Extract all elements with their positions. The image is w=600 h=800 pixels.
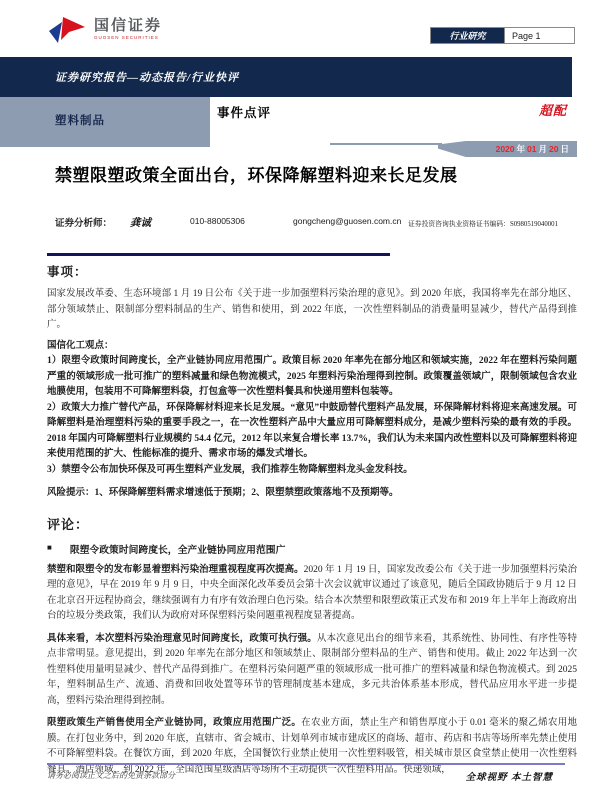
analyst-row: 证券分析师： 龚诚 010-88005306 gongcheng@guosen.… — [0, 215, 600, 231]
bullet-square-icon: ■ — [47, 543, 52, 552]
analyst-label: 证券分析师： — [55, 215, 112, 229]
analyst-phone: 010-88005306 — [190, 216, 245, 226]
rating-badge: 超配 — [539, 100, 567, 119]
report-date: 2020 年 01 月 20 日 — [438, 141, 577, 157]
report-title: 禁塑限塑政策全面出台，环保降解塑料迎来长足发展 — [55, 161, 575, 186]
viewpoint-heading: 国信化工观点： — [47, 339, 577, 355]
guosen-diamond-icon — [48, 14, 88, 46]
viewpoint-point-1: 1）限塑令政策时间跨度长，全产业链协同应用范围广。政策目标 2020 年率先在部… — [47, 354, 577, 401]
analyst-email: gongcheng@guosen.com.cn — [293, 216, 401, 226]
summary-body: 国家发展改革委、生态环境部 1 月 19 日公布《关于进一步加强塑料污染治理的意… — [47, 287, 577, 334]
analyst-name: 龚诚 — [130, 215, 151, 230]
report-series-banner: 证券研究报告—动态报告/行业快评 — [0, 57, 572, 97]
date-year-unit: 年 — [517, 143, 526, 155]
footer-divider — [47, 763, 565, 765]
paragraph-lead: 具体来看，本次塑料污染治理意见时间跨度长，政策可执行强。 — [47, 634, 317, 644]
report-series-label: 证券研究报告—动态报告/行业快评 — [55, 69, 239, 85]
analyst-cert: 证券投资咨询执业资格证书编码：S0980519040001 — [408, 218, 558, 228]
report-type-label: 事件点评 — [217, 103, 271, 121]
comments-bullet-title: 限塑令政策时间跨度长，全产业链协同应用范围广 — [70, 542, 286, 556]
brand-name: 国信证券 — [94, 18, 162, 35]
category-page-badge: 行业研究 Page 1 — [430, 27, 575, 44]
footer-disclaimer: 请务必阅读正文之后的免责条款部分 — [47, 770, 175, 781]
summary-divider — [47, 253, 390, 256]
date-month: 01 — [527, 144, 536, 154]
date-day-unit: 日 — [560, 143, 569, 155]
sector-bar: 塑料制品 — [0, 97, 210, 147]
date-month-unit: 月 — [539, 143, 548, 155]
brand-logo: 国信证券 GUOSEN SECURITIES — [48, 14, 162, 46]
comments-heading: 评论： — [47, 514, 577, 533]
viewpoint-point-2: 2）政策大力推广替代产品，环保降解材料迎来长足发展。“意见”中鼓励替代塑料产品发… — [47, 401, 577, 463]
category-badge: 行业研究 — [431, 28, 504, 43]
comment-paragraph-2: 具体来看，本次塑料污染治理意见时间跨度长，政策可执行强。从本次意见出台的细节来看… — [47, 632, 577, 710]
viewpoint-point-3: 3）禁塑令公布加快环保及可再生塑料产业发展，我们推荐生物降解塑料龙头金发科技。 — [47, 463, 577, 479]
page-number: Page 1 — [504, 28, 574, 43]
date-ribbon-line — [330, 143, 442, 145]
comment-paragraph-1: 禁塑和限塑令的发布彰显着塑料污染治理重视程度再次提高。2020 年 1 月 19… — [47, 563, 577, 625]
sector-label: 塑料制品 — [55, 112, 105, 128]
viewpoint-block: 国信化工观点： 1）限塑令政策时间跨度长，全产业链协同应用范围广。政策目标 20… — [47, 339, 577, 479]
footer-slogan: 全球视野 本土智慧 — [466, 769, 553, 783]
brand-subtitle: GUOSEN SECURITIES — [94, 35, 162, 40]
date-day: 20 — [549, 144, 558, 154]
comments-bullet-row: ■ 限塑令政策时间跨度长，全产业链协同应用范围广 — [47, 542, 577, 556]
date-year: 2020 — [496, 144, 515, 154]
report-page: 国信证券 GUOSEN SECURITIES 行业研究 Page 1 证券研究报… — [0, 0, 600, 800]
report-body: 事项： 国家发展改革委、生态环境部 1 月 19 日公布《关于进一步加强塑料污染… — [47, 262, 577, 785]
paragraph-lead: 限塑政策生产销售使用全产业链协同，政策应用范围广泛。 — [47, 718, 301, 728]
paragraph-text: 从本次意见出台的细节来看，其系统性、协同性、有序性等特点非常明显。意见提出，到 … — [47, 634, 577, 706]
summary-heading: 事项： — [47, 262, 577, 280]
paragraph-lead: 禁塑和限塑令的发布彰显着塑料污染治理重视程度再次提高。 — [47, 565, 304, 575]
risk-warning: 风险提示：1、环保降解塑料需求增速低于预期；2、限塑禁塑政策落地不及预期等。 — [47, 486, 577, 502]
